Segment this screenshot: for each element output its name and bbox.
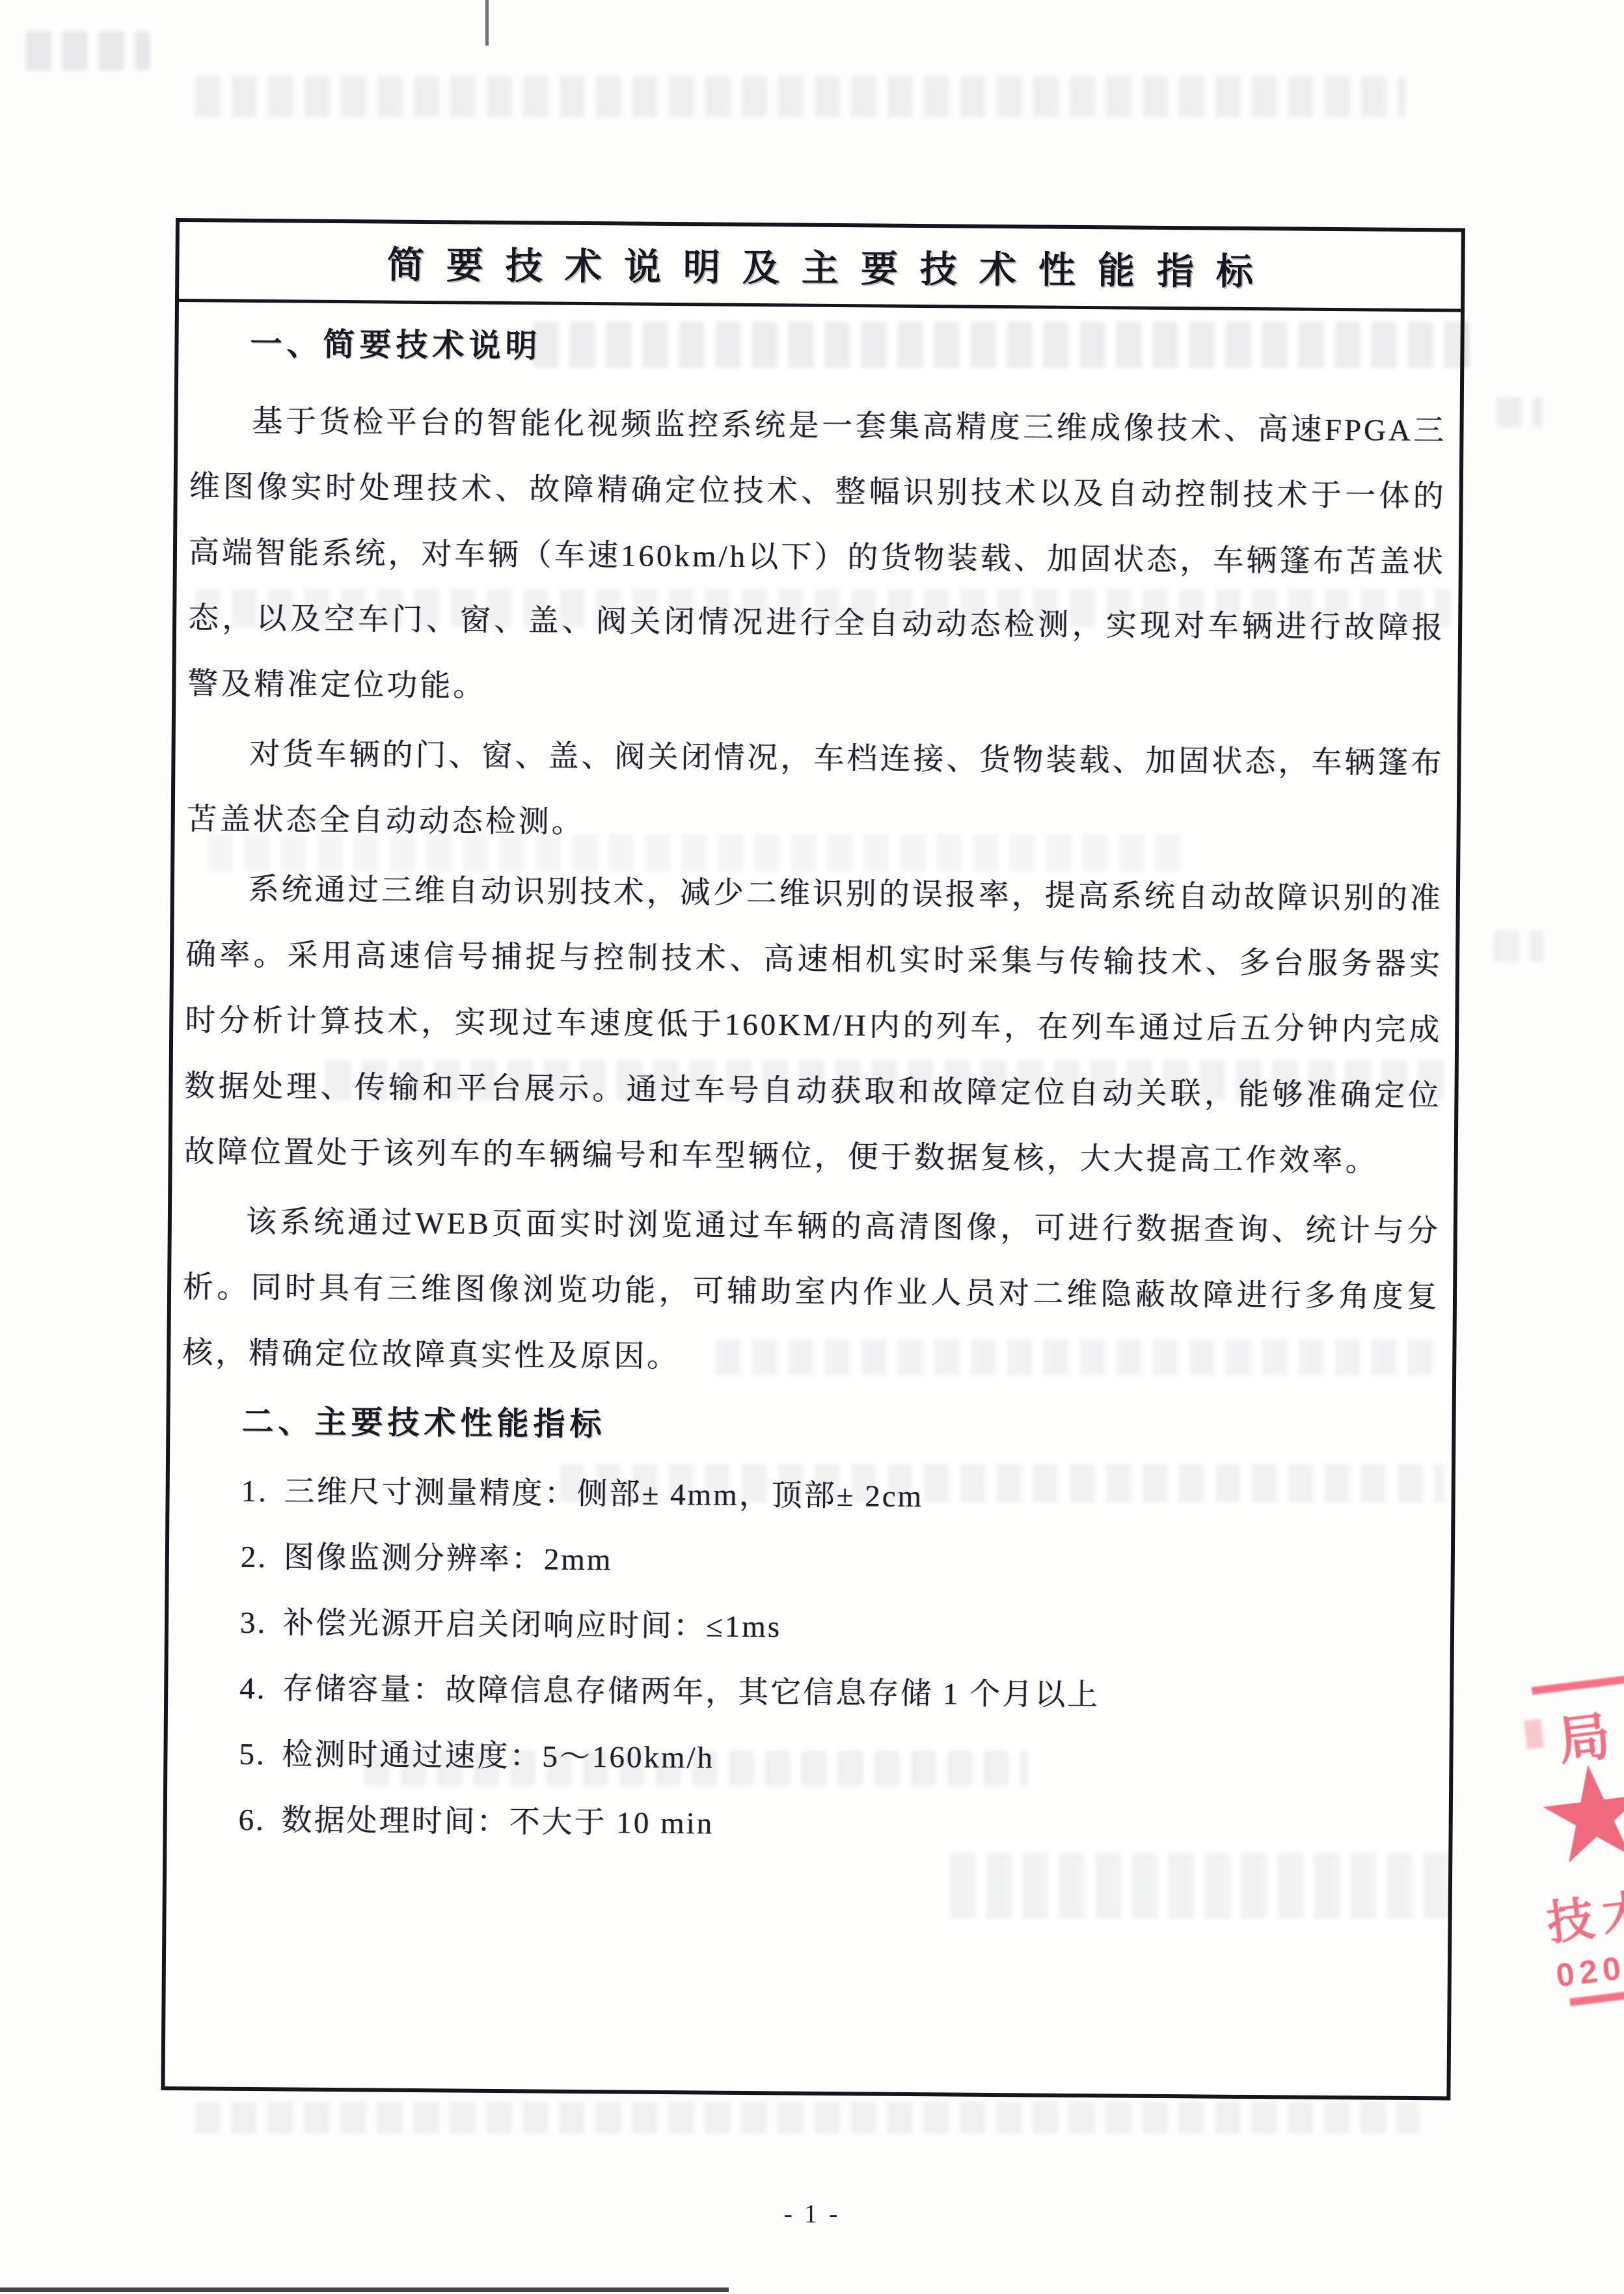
list-item: 6. 数据处理时间：不大于 10 min [238, 1788, 1436, 1863]
list-item-number: 1. [241, 1459, 284, 1525]
section-heading-2: 二、主要技术性能指标 [241, 1389, 1439, 1464]
stamp-code: 0202 [1554, 1946, 1624, 1995]
star-icon: ★ [1528, 1743, 1624, 1886]
list-item: 3. 补偿光源开启关闭响应时间：≤1ms [240, 1591, 1438, 1665]
paragraph: 系统通过三维自动识别技术，减少二维识别的误报率，提高系统自动故障识别的准确率。采… [183, 856, 1443, 1195]
bleed-through-ghost [195, 2102, 1418, 2133]
paragraph: 该系统通过WEB页面实时浏览通过车辆的高清图像，可进行数据查询、统计与分析。同时… [182, 1189, 1441, 1396]
document-content: 一、简要技术说明 基于货检平台的智能化视频监控系统是一套集高精度三维成像技术、高… [167, 302, 1461, 1863]
spec-list: 1. 三维尺寸测量精度：侧部± 4mm，顶部± 2cm 2. 图像监测分辨率：2… [178, 1458, 1439, 1863]
paragraph: 对货车辆的门、窗、盖、阀关闭情况，车档连接、货物装载、加固状态，车辆篷布苫盖状态… [186, 721, 1444, 862]
list-item-number: 3. [240, 1591, 284, 1657]
list-item-number: 6. [238, 1788, 282, 1854]
paragraph: 基于货检平台的智能化视频监控系统是一套集高精度三维成像技术、高速FPGA三维图像… [187, 389, 1447, 727]
list-item-text: 存储容量：故障信息存储两年，其它信息存储 1 个月以上 [282, 1656, 1437, 1731]
bleed-through-ghost [26, 31, 150, 70]
page-title: 简要技术说明及主要技术性能指标 [365, 235, 1276, 295]
title-band: 简要技术说明及主要技术性能指标 [179, 222, 1461, 312]
list-item-text: 补偿光源开启关闭响应时间：≤1ms [283, 1591, 1438, 1665]
list-item-text: 图像监测分辨率：2mm [283, 1525, 1438, 1600]
section-heading-1: 一、简要技术说明 [250, 312, 1448, 387]
page-number: - 1 - [0, 2198, 1624, 2229]
list-item-number: 5. [239, 1722, 282, 1788]
list-item: 5. 检测时通过速度：5～160km/h [239, 1722, 1437, 1797]
scanned-page: 简要技术说明及主要技术性能指标 一、简要技术说明 基于货检平台的智能化视频监控系… [0, 0, 1624, 2294]
list-item-text: 数据处理时间：不大于 10 min [281, 1788, 1436, 1863]
scan-edge-line [0, 2287, 729, 2292]
bleed-through-ghost [195, 77, 1405, 117]
stamp-border-top [1532, 1654, 1624, 1695]
stamp-mid-text: 技术 [1543, 1873, 1624, 1954]
list-item-number: 4. [239, 1656, 283, 1723]
official-stamp: 局 ★ 技术 0202 [1515, 1648, 1624, 2012]
list-item-number: 2. [240, 1525, 284, 1591]
bleed-through-ghost [1496, 397, 1542, 427]
fold-mark [485, 0, 489, 46]
list-item: 2. 图像监测分辨率：2mm [240, 1525, 1438, 1600]
list-item-text: 检测时通过速度：5～160km/h [282, 1722, 1437, 1797]
document-frame: 简要技术说明及主要技术性能指标 一、简要技术说明 基于货检平台的智能化视频监控系… [161, 218, 1465, 2100]
list-item: 4. 存储容量：故障信息存储两年，其它信息存储 1 个月以上 [239, 1656, 1437, 1731]
list-item-text: 三维尺寸测量精度：侧部± 4mm，顶部± 2cm [284, 1459, 1439, 1534]
bleed-through-ghost [1494, 931, 1543, 962]
stamp-partial-glyph [1524, 1719, 1544, 1749]
list-item: 1. 三维尺寸测量精度：侧部± 4mm，顶部± 2cm [241, 1459, 1439, 1534]
